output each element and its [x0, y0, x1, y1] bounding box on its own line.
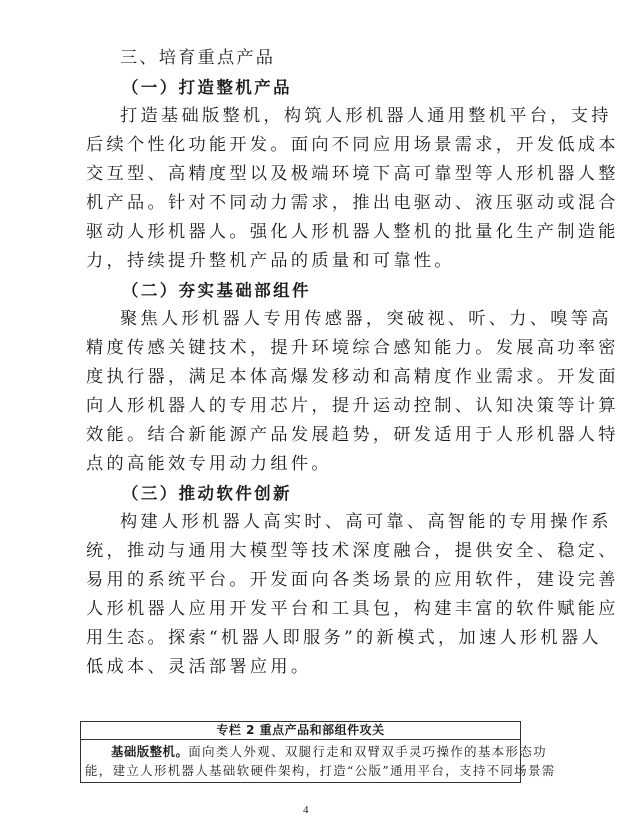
document-page: 三、培育重点产品 （一）打造整机产品 打造基础版整机，构筑人形机器人通用整机平台… — [0, 0, 618, 839]
feature-box-line: 能，建立人形机器人基础软硬件架构，打造“公版”通用平台，支持不同场景需 — [85, 761, 516, 780]
subsection-heading-3: （三）推动软件创新 — [86, 479, 528, 508]
paragraph-line: 人形机器人应用开发平台和工具包，构建丰富的软件赋能应 — [86, 595, 528, 624]
paragraph-line: 用生态。探索“机器人即服务”的新模式，加速人形机器人 — [86, 624, 528, 653]
subsection-heading-1: （一）打造整机产品 — [86, 73, 528, 102]
paragraph-line: 精度传感关键技术，提升环境综合感知能力。发展高功率密 — [86, 334, 528, 363]
paragraph-line: 构建人形机器人高实时、高可靠、高智能的专用操作系 — [86, 508, 528, 537]
paragraph-line: 向人形机器人的专用芯片，提升运动控制、认知决策等计算 — [86, 392, 528, 421]
feature-box: 专栏 2 重点产品和部组件攻关 基础版整机。面向类人外观、双腿行走和双臂双手灵巧… — [80, 721, 521, 783]
paragraph-line: 交互型、高精度型以及极端环境下高可靠型等人形机器人整 — [86, 160, 528, 189]
feature-box-line: 基础版整机。面向类人外观、双腿行走和双臂双手灵巧操作的基本形态功 — [85, 742, 516, 761]
paragraph-line: 机产品。针对不同动力需求，推出电驱动、液压驱动或混合 — [86, 189, 528, 218]
paragraph-line: 聚焦人形机器人专用传感器，突破视、听、力、嗅等高 — [86, 305, 528, 334]
paragraph-line: 度执行器，满足本体高爆发移动和高精度作业需求。开发面 — [86, 363, 528, 392]
feature-box-text: 面向类人外观、双腿行走和双臂双手灵巧操作的基本形态功 — [188, 744, 547, 759]
page-content: 三、培育重点产品 （一）打造整机产品 打造基础版整机，构筑人形机器人通用整机平台… — [86, 44, 528, 682]
page-number: 4 — [303, 804, 309, 816]
paragraph-line: 打造基础版整机，构筑人形机器人通用整机平台，支持 — [86, 102, 528, 131]
feature-box-lead: 基础版整机。 — [111, 744, 188, 759]
paragraph-line: 后续个性化功能开发。面向不同应用场景需求，开发低成本 — [86, 131, 528, 160]
paragraph-line: 易用的系统平台。开发面向各类场景的应用软件，建设完善 — [86, 566, 528, 595]
paragraph-2: 聚焦人形机器人专用传感器，突破视、听、力、嗅等高 精度传感关键技术，提升环境综合… — [86, 305, 528, 479]
feature-box-title: 专栏 2 重点产品和部组件攻关 — [81, 722, 520, 740]
paragraph-3: 构建人形机器人高实时、高可靠、高智能的专用操作系 统，推动与通用大模型等技术深度… — [86, 508, 528, 682]
feature-box-body: 基础版整机。面向类人外观、双腿行走和双臂双手灵巧操作的基本形态功 能，建立人形机… — [81, 740, 520, 782]
paragraph-line: 点的高能效专用动力组件。 — [86, 450, 528, 479]
section-heading: 三、培育重点产品 — [86, 44, 528, 73]
paragraph-line: 低成本、灵活部署应用。 — [86, 653, 528, 682]
paragraph-line: 统，推动与通用大模型等技术深度融合，提供安全、稳定、 — [86, 537, 528, 566]
paragraph-1: 打造基础版整机，构筑人形机器人通用整机平台，支持 后续个性化功能开发。面向不同应… — [86, 102, 528, 276]
paragraph-line: 效能。结合新能源产品发展趋势，研发适用于人形机器人特 — [86, 421, 528, 450]
subsection-heading-2: （二）夯实基础部组件 — [86, 276, 528, 305]
paragraph-line: 驱动人形机器人。强化人形机器人整机的批量化生产制造能 — [86, 218, 528, 247]
paragraph-line: 力，持续提升整机产品的质量和可靠性。 — [86, 247, 528, 276]
